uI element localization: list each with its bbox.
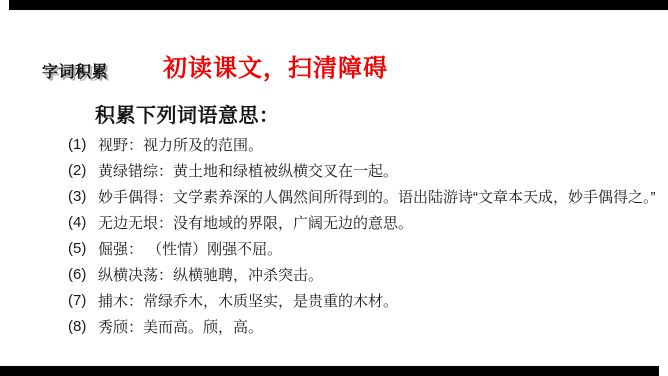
list-item: (4) 无边无垠：没有地域的界限，广阔无边的意思。 [68, 209, 662, 235]
item-number: (1) [68, 136, 98, 153]
list-item: (5) 倔强： （性情）刚强不屈。 [68, 235, 662, 261]
list-item: (2) 黄绿错综：黄土地和绿植被纵横交叉在一起。 [68, 157, 662, 183]
item-number: (7) [68, 292, 98, 309]
bottom-black-bar [0, 366, 659, 376]
item-definition: 视野：视力所及的范围。 [98, 134, 662, 155]
item-number: (4) [68, 214, 98, 231]
list-item: (6) 纵横决荡：纵横驰聘，冲杀突击。 [68, 261, 662, 287]
list-heading: 积累下列词语意思： [95, 99, 280, 128]
item-definition: 纵横决荡：纵横驰聘，冲杀突击。 [98, 264, 662, 285]
item-number: (5) [68, 240, 98, 257]
item-number: (3) [68, 188, 98, 205]
list-item: (7) 捕木：常绿乔木，木质坚实，是贵重的木材。 [68, 287, 662, 313]
item-number: (8) [68, 318, 98, 335]
slide-title: 初读课文，扫清障碍 [163, 48, 388, 83]
list-item: (1) 视野：视力所及的范围。 [68, 131, 662, 157]
presentation-slide: 字词积累 初读课文，扫清障碍 积累下列词语意思： (1) 视野：视力所及的范围。… [0, 0, 668, 376]
item-definition: 无边无垠：没有地域的界限，广阔无边的意思。 [98, 212, 662, 233]
section-label: 字词积累 [42, 59, 108, 82]
list-item: (8) 秀颀：美而高。颀，高。 [68, 313, 662, 339]
item-definition: 捕木：常绿乔木，木质坚实，是贵重的木材。 [98, 290, 662, 311]
item-number: (2) [68, 162, 98, 179]
item-number: (6) [68, 266, 98, 283]
item-definition: 倔强： （性情）刚强不屈。 [98, 238, 662, 259]
item-definition: 秀颀：美而高。颀，高。 [98, 316, 662, 337]
top-black-bar [9, 0, 668, 10]
item-definition: 妙手偶得：文学素养深的人偶然间所得到的。语出陆游诗“文章本天成，妙手偶得之。” [98, 186, 662, 207]
vocabulary-list: (1) 视野：视力所及的范围。 (2) 黄绿错综：黄土地和绿植被纵横交叉在一起。… [68, 131, 662, 339]
list-item: (3) 妙手偶得：文学素养深的人偶然间所得到的。语出陆游诗“文章本天成，妙手偶得… [68, 183, 662, 209]
item-definition: 黄绿错综：黄土地和绿植被纵横交叉在一起。 [98, 160, 662, 181]
